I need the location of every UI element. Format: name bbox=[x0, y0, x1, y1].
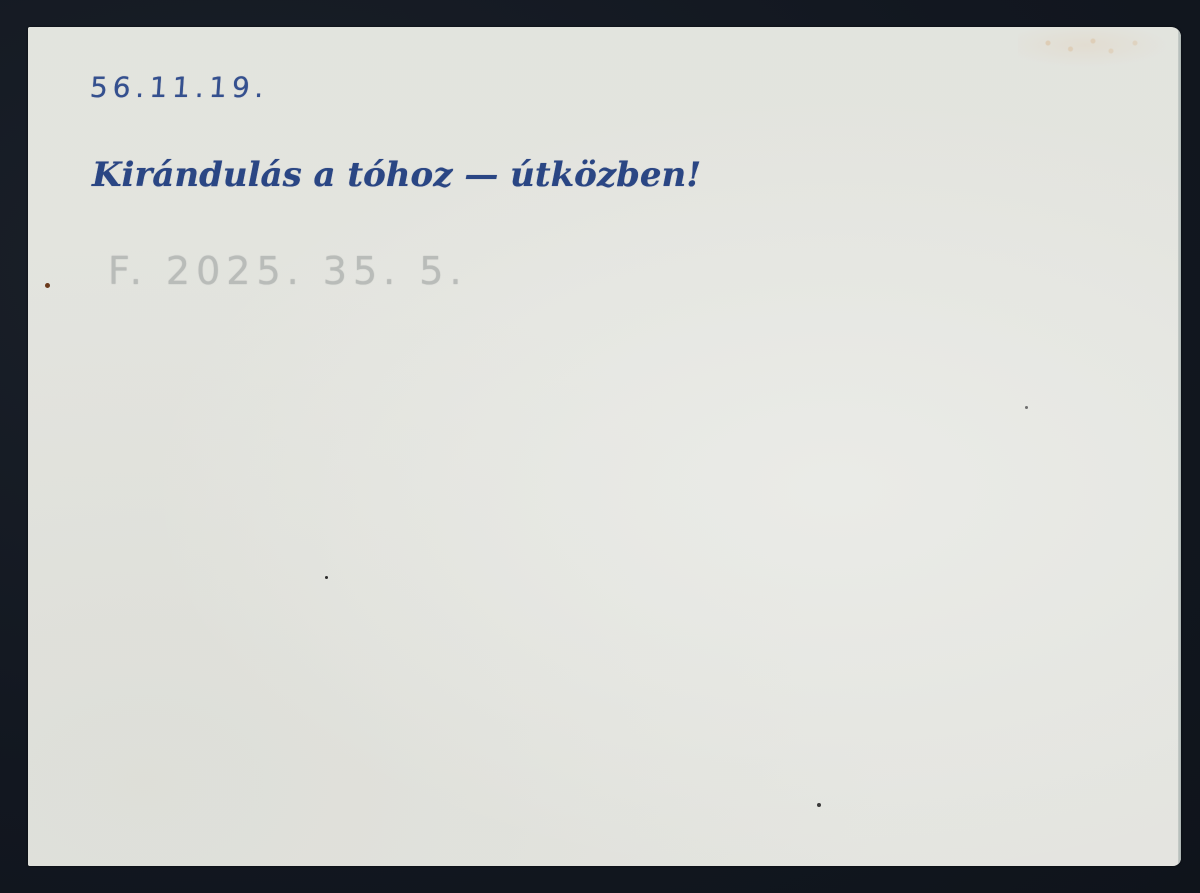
card-edge bbox=[1178, 27, 1181, 866]
ink-spot bbox=[45, 283, 50, 288]
dust-speck bbox=[1025, 406, 1028, 409]
handwritten-caption: Kirándulás a tóhoz — útközben! bbox=[92, 155, 701, 195]
photo-card-back: 56.11.19. Kirándulás a tóhoz — útközben!… bbox=[28, 27, 1181, 866]
handwritten-date: 56.11.19. bbox=[89, 71, 270, 104]
foxing-stain bbox=[1018, 27, 1168, 67]
dust-speck bbox=[325, 576, 328, 579]
inventory-number: F. 2025. 35. 5. bbox=[108, 249, 468, 293]
dust-speck bbox=[817, 803, 821, 807]
